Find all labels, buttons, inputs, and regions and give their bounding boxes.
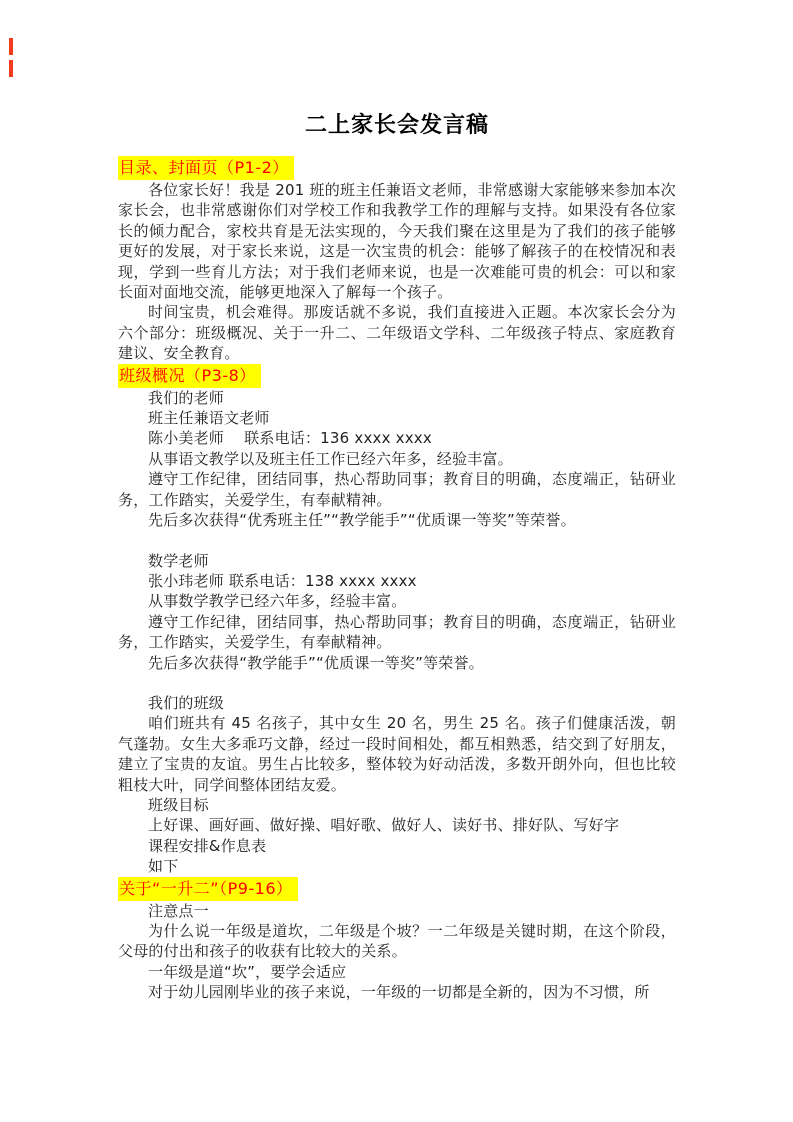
line-our-class: 我们的班级 <box>118 693 676 713</box>
line-math-teacher-ethic: 遵守工作纪律，团结同事，热心帮助同事；教育目的明确，态度端正，钻研业务，工作踏实… <box>118 612 676 653</box>
line-schedule-label: 课程安排&作息表 <box>118 836 676 856</box>
line-chinese-teacher-contact: 陈小美老师 联系电话：136 xxxx xxxx <box>118 428 676 448</box>
document-page: 二上家长会发言稿 目录、封面页（P1-2） 各位家长好！我是 201 班的班主任… <box>0 0 793 1122</box>
section-heading-toc-cover: 目录、封面页（P1-2） <box>118 156 676 180</box>
revision-mark-icon <box>9 38 13 55</box>
para-agenda: 时间宝贵，机会难得。那废话就不多说，我们直接进入正题。本次家长会分为六个部分：班… <box>118 302 676 363</box>
para-greeting: 各位家长好！我是 201 班的班主任兼语文老师，非常感谢大家能够来参加本次家长会… <box>118 180 676 302</box>
section-heading-highlight: 目录、封面页（P1-2） <box>118 156 294 180</box>
page-title: 二上家长会发言稿 <box>118 112 676 140</box>
section-heading-highlight: 班级概况（P3-8） <box>118 364 261 388</box>
line-chinese-teacher-experience: 从事语文教学以及班主任工作已经六年多，经验丰富。 <box>118 449 676 469</box>
line-our-teachers: 我们的老师 <box>118 388 676 408</box>
section-heading-class-overview: 班级概况（P3-8） <box>118 364 676 388</box>
section-heading-grade-transition: 关于“一升二”（P9-16） <box>118 877 676 901</box>
line-as-follows: 如下 <box>118 856 676 876</box>
line-class-goals-label: 班级目标 <box>118 795 676 815</box>
section-heading-highlight: 关于“一升二”（P9-16） <box>118 877 298 901</box>
line-math-teacher-contact: 张小玮老师 联系电话：138 xxxx xxxx <box>118 571 676 591</box>
line-head-teacher-role: 班主任兼语文老师 <box>118 408 676 428</box>
revision-mark-icon <box>9 60 13 77</box>
line-math-teacher-experience: 从事数学教学已经六年多，经验丰富。 <box>118 591 676 611</box>
para-grade-gap: 为什么说一年级是道坎，二年级是个坡？一二年级是关键时期，在这个阶段，父母的付出和… <box>118 921 676 962</box>
line-math-teacher-awards: 先后多次获得“教学能手”“优质课一等奖”等荣誉。 <box>118 653 676 673</box>
para-kindergarten-transition: 对于幼儿园刚毕业的孩子来说，一年级的一切都是全新的，因为不习惯，所 <box>118 982 676 1002</box>
line-chinese-teacher-ethic: 遵守工作纪律，团结同事，热心帮助同事；教育目的明确，态度端正，钻研业务，工作踏实… <box>118 469 676 510</box>
line-grade-one-hurdle: 一年级是道“坎”，要学会适应 <box>118 962 676 982</box>
document-body: 二上家长会发言稿 目录、封面页（P1-2） 各位家长好！我是 201 班的班主任… <box>118 112 676 1003</box>
line-class-goals: 上好课、画好画、做好操、唱好歌、做好人、读好书、排好队、写好字 <box>118 815 676 835</box>
para-class-composition: 咱们班共有 45 名孩子，其中女生 20 名，男生 25 名。孩子们健康活泼，朝… <box>118 713 676 795</box>
blank-line <box>118 673 676 693</box>
line-math-teacher: 数学老师 <box>118 551 676 571</box>
blank-line <box>118 531 676 551</box>
line-note-one: 注意点一 <box>118 901 676 921</box>
line-chinese-teacher-awards: 先后多次获得“优秀班主任”“教学能手”“优质课一等奖”等荣誉。 <box>118 510 676 530</box>
